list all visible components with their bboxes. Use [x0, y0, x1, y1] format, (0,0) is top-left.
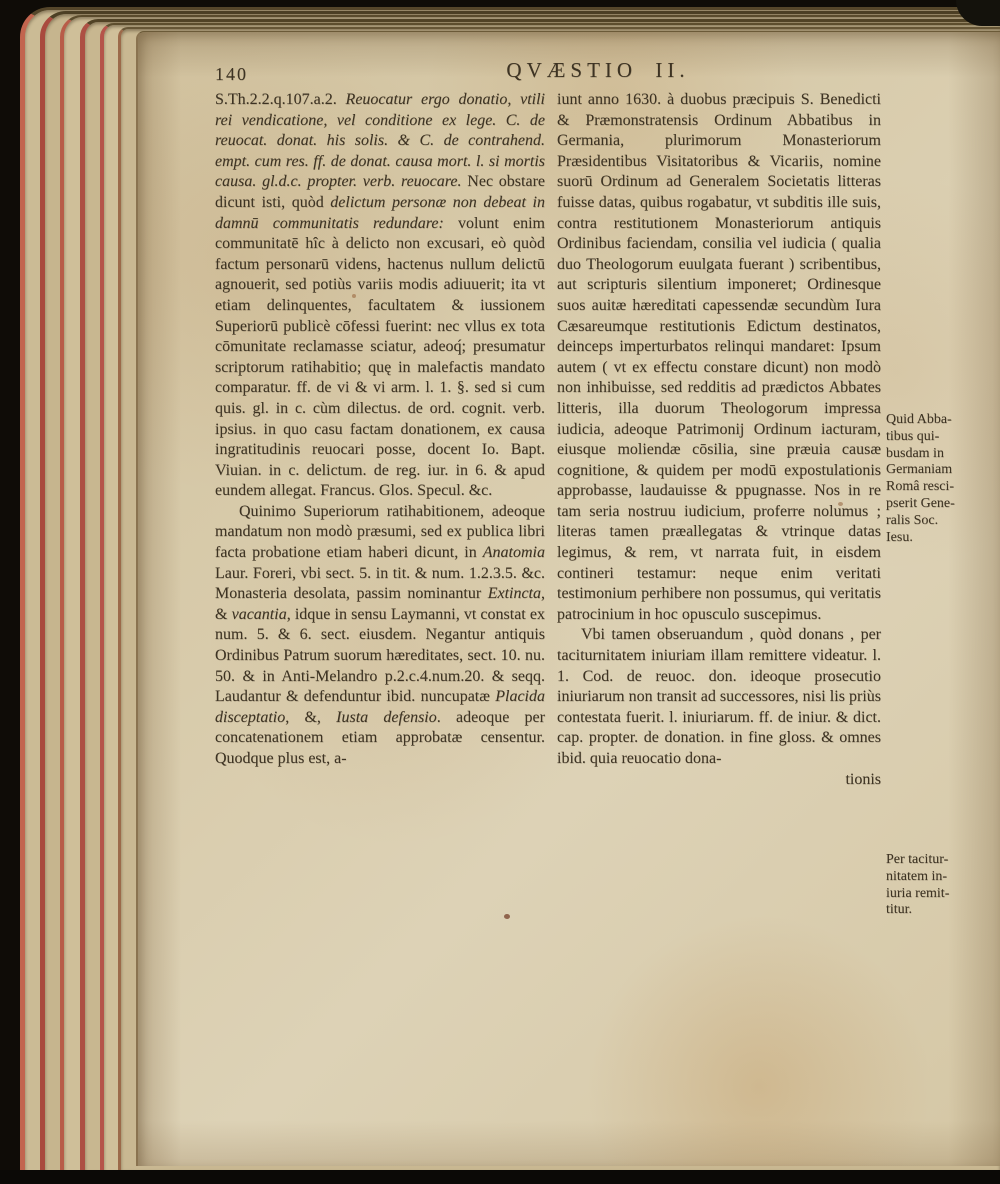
background-bottom-band: [0, 1170, 1000, 1184]
catchword: tionis: [557, 770, 881, 791]
paragraph: Vbi tamen obseruandum , quòd donans , pe…: [557, 625, 881, 769]
margin-note: Quid Abba- tibus qui- busdam in Germania…: [886, 412, 998, 546]
paper-speck: [504, 914, 510, 919]
margin-note: Per tacitur- nitatem in- iuria remit- ti…: [886, 852, 998, 919]
book-page: 140 QVÆSTIO II. S.Th.2.2.q.107.a.2. Reuo…: [136, 31, 1000, 1166]
page-number: 140: [215, 64, 248, 85]
text-column-right: iunt anno 1630. à duobus præcipuis S. Be…: [557, 90, 881, 790]
paragraph: Quinimo Superiorum ratihabitionem, adeoq…: [215, 502, 545, 770]
text-column-left: S.Th.2.2.q.107.a.2. Reuocatur ergo donat…: [215, 90, 545, 770]
running-title: QVÆSTIO II.: [428, 58, 768, 83]
paper-speck: [352, 294, 356, 298]
scanned-book-photo: 140 QVÆSTIO II. S.Th.2.2.q.107.a.2. Reuo…: [0, 0, 1000, 1184]
paper-speck: [838, 502, 843, 506]
paragraph: S.Th.2.2.q.107.a.2. Reuocatur ergo donat…: [215, 90, 545, 502]
paragraph: iunt anno 1630. à duobus præcipuis S. Be…: [557, 90, 881, 625]
